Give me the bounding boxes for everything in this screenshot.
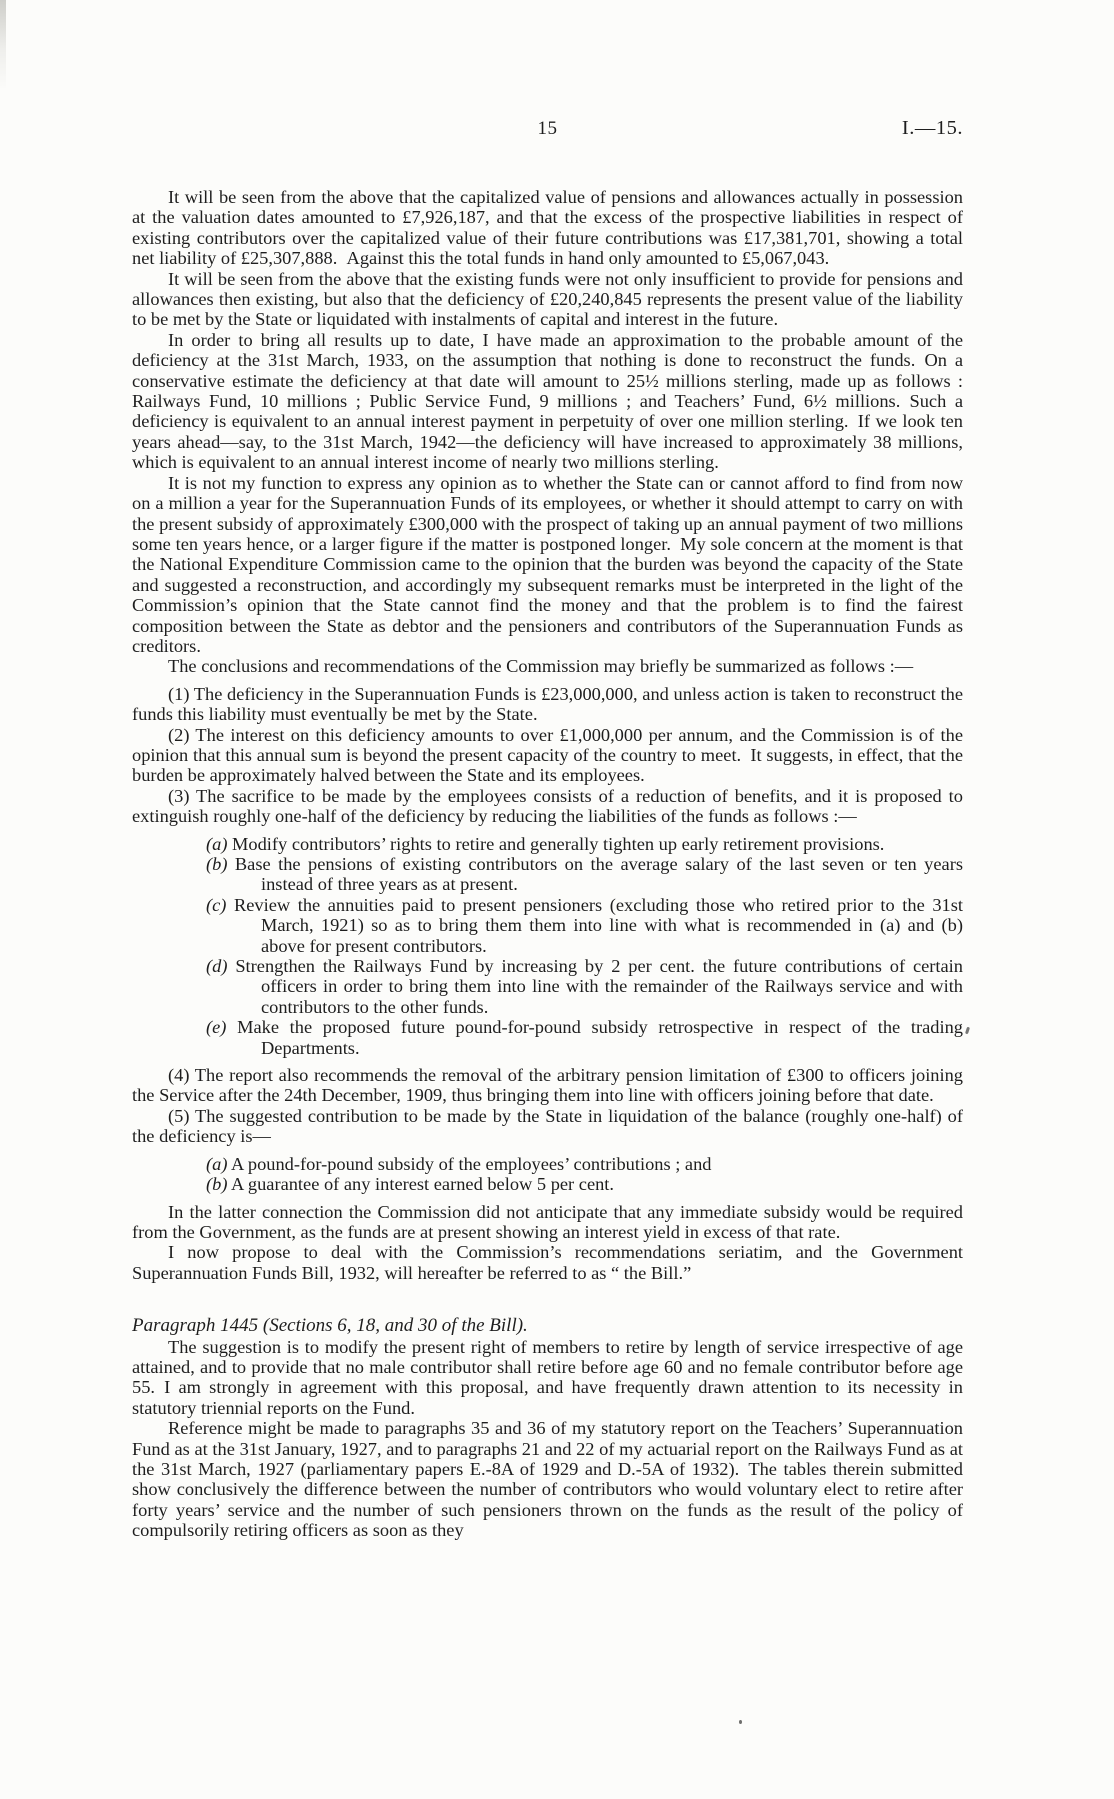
sub-list-item: (c) Review the annuities paid to present…	[132, 895, 963, 956]
item-label: (a)	[206, 834, 227, 854]
sub-list-item: (a) Modify contributors’ rights to retir…	[132, 834, 963, 854]
item-label: (b)	[206, 854, 227, 874]
paragraph: It will be seen from the above that the …	[132, 187, 963, 269]
paragraph: The suggestion is to modify the present …	[132, 1337, 963, 1419]
item-label: (a)	[206, 1154, 227, 1174]
document-body: It will be seen from the above that the …	[132, 187, 963, 1541]
section-heading: Paragraph 1445 (Sections 6, 18, and 30 o…	[132, 1316, 963, 1336]
item-label: (d)	[206, 956, 227, 976]
paragraph: It will be seen from the above that the …	[132, 269, 963, 330]
paragraph: (5) The suggested contribution to be mad…	[132, 1106, 963, 1147]
paragraph: In the latter connection the Commission …	[132, 1202, 963, 1243]
item-label: (b)	[206, 1174, 227, 1194]
sub-list-item: (a) A pound-for-pound subsidy of the emp…	[132, 1154, 963, 1174]
paragraph: (4) The report also recommends the remov…	[132, 1065, 963, 1106]
sub-list-item: (b) Base the pensions of existing contri…	[132, 854, 963, 895]
item-label: (e)	[206, 1017, 226, 1037]
paragraph: The conclusions and recommendations of t…	[132, 656, 963, 676]
paragraph: (3) The sacrifice to be made by the empl…	[132, 786, 963, 827]
scan-edge-artifact	[0, 0, 6, 90]
sub-list-item: (b) A guarantee of any interest earned b…	[132, 1174, 963, 1194]
document-page: 15 I.—15. It will be seen from the above…	[132, 118, 963, 1541]
page-header: 15 I.—15.	[132, 118, 963, 145]
scan-speck	[739, 1720, 742, 1724]
paragraph: In order to bring all results up to date…	[132, 330, 963, 473]
paragraph: It is not my function to express any opi…	[132, 473, 963, 657]
scan-speck	[965, 1027, 970, 1035]
paragraph: Reference might be made to paragraphs 35…	[132, 1418, 963, 1540]
sub-list-item: (e) Make the proposed future pound-for-p…	[132, 1017, 963, 1058]
paragraph: (2) The interest on this deficiency amou…	[132, 725, 963, 786]
item-label: (c)	[206, 895, 226, 915]
sub-list-item: (d) Strengthen the Railways Fund by incr…	[132, 956, 963, 1017]
page-number: 15	[132, 118, 963, 140]
paragraph: I now propose to deal with the Commissio…	[132, 1242, 963, 1283]
folio-reference: I.—15.	[902, 117, 963, 140]
paragraph: (1) The deficiency in the Superannuation…	[132, 684, 963, 725]
